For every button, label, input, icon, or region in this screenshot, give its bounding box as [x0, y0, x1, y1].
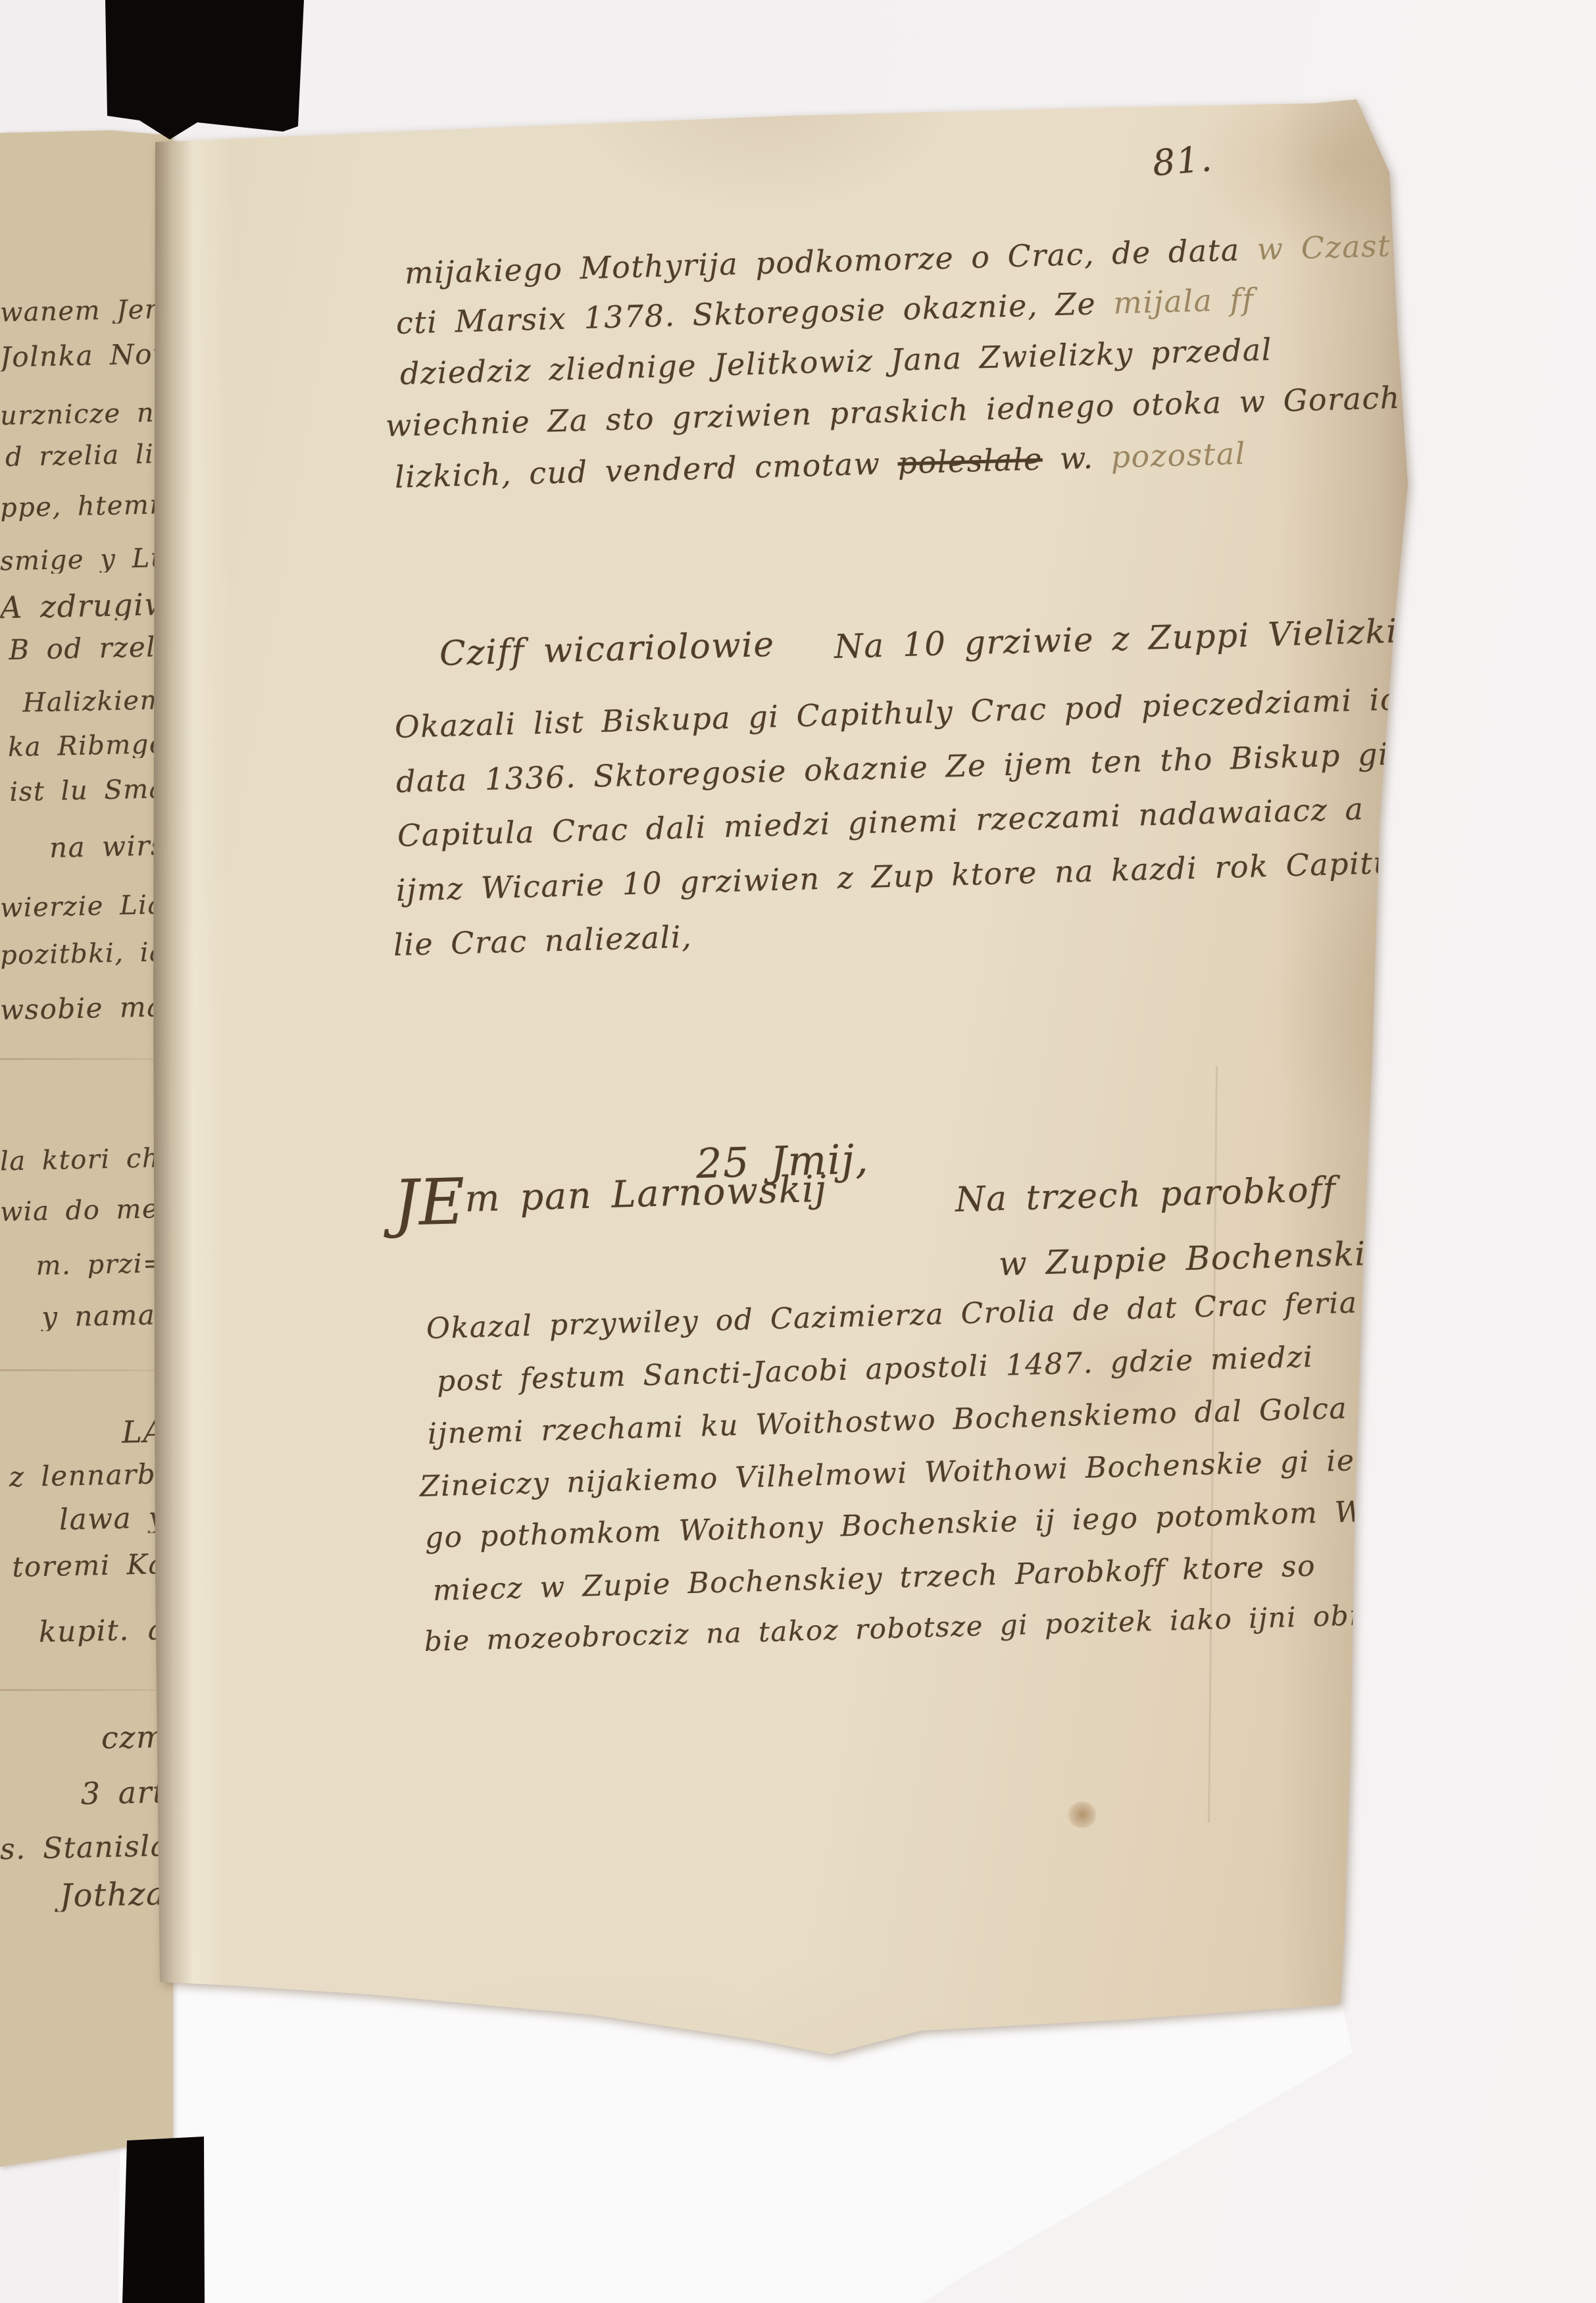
heading-initial: JE [393, 1165, 466, 1240]
manuscript-line: post festum Sancti-Jacobi apostoli 1487.… [436, 1343, 1314, 1396]
line-text: cti Marsix 1378. Sktoregosie okaznie, Ze [395, 286, 1097, 341]
manuscript-line: miecz w Zupie Bochenskiey trzech Parobko… [432, 1552, 1316, 1606]
manuscript-line: lizkich, cud venderd cmotaw poleslale w.… [394, 438, 1246, 492]
manuscript-line: ijmz Wicarie 10 grziwien z Zup ktore na … [395, 848, 1394, 905]
manuscript-line: dziedziz zliednige Jelitkowiz Jana Zwiel… [399, 334, 1272, 389]
line-text: lizkich, cud venderd cmotaw [394, 445, 881, 495]
manuscript-line: ijnemi rzechami ku Woithostwo Bochenskie… [427, 1394, 1347, 1449]
manuscript-line: Zineiczy nijakiemo Vilhelmowi Woithowi B… [419, 1446, 1355, 1502]
manuscript-page: 81. mijakiego Mothyrija podkomorze o Cra… [0, 0, 1596, 2303]
entry-heading-left: JEm pan Larnowskij [393, 1171, 828, 1220]
entry-heading-right: Na trzech parobkoff [955, 1173, 1337, 1217]
manuscript-line: lie Crac naliezali, [393, 921, 692, 960]
line-text: w. [1059, 440, 1094, 476]
line-text-struck: poleslale [897, 442, 1043, 481]
manuscript-page-wrapper: 81. mijakiego Mothyrija podkomorze o Cra… [0, 0, 1596, 2303]
scanned-manuscript-screenshot: { "page_number": "81.", "colors": { "ink… [0, 0, 1596, 2303]
ink-stain [1067, 1802, 1097, 1828]
page-number: 81. [1151, 141, 1214, 182]
manuscript-line: cti Marsix 1378. Sktoregosie okaznie, Ze… [395, 284, 1255, 338]
manuscript-line: data 1336. Sktoregosie okaznie Ze ijem t… [395, 739, 1389, 797]
heading-text: m pan Larnowskij [464, 1168, 828, 1221]
entry-heading-left: Cziff wicariolowie [439, 628, 775, 671]
line-text-faded: mijala ff [1113, 282, 1255, 321]
gutter-shadow [150, 132, 229, 1984]
line-text-faded: pozostal [1110, 436, 1247, 475]
line-text-faded: w Czastnio [1257, 226, 1441, 267]
line-text: mijakiego Mothyrija podkomorze o Crac, d… [404, 232, 1240, 291]
